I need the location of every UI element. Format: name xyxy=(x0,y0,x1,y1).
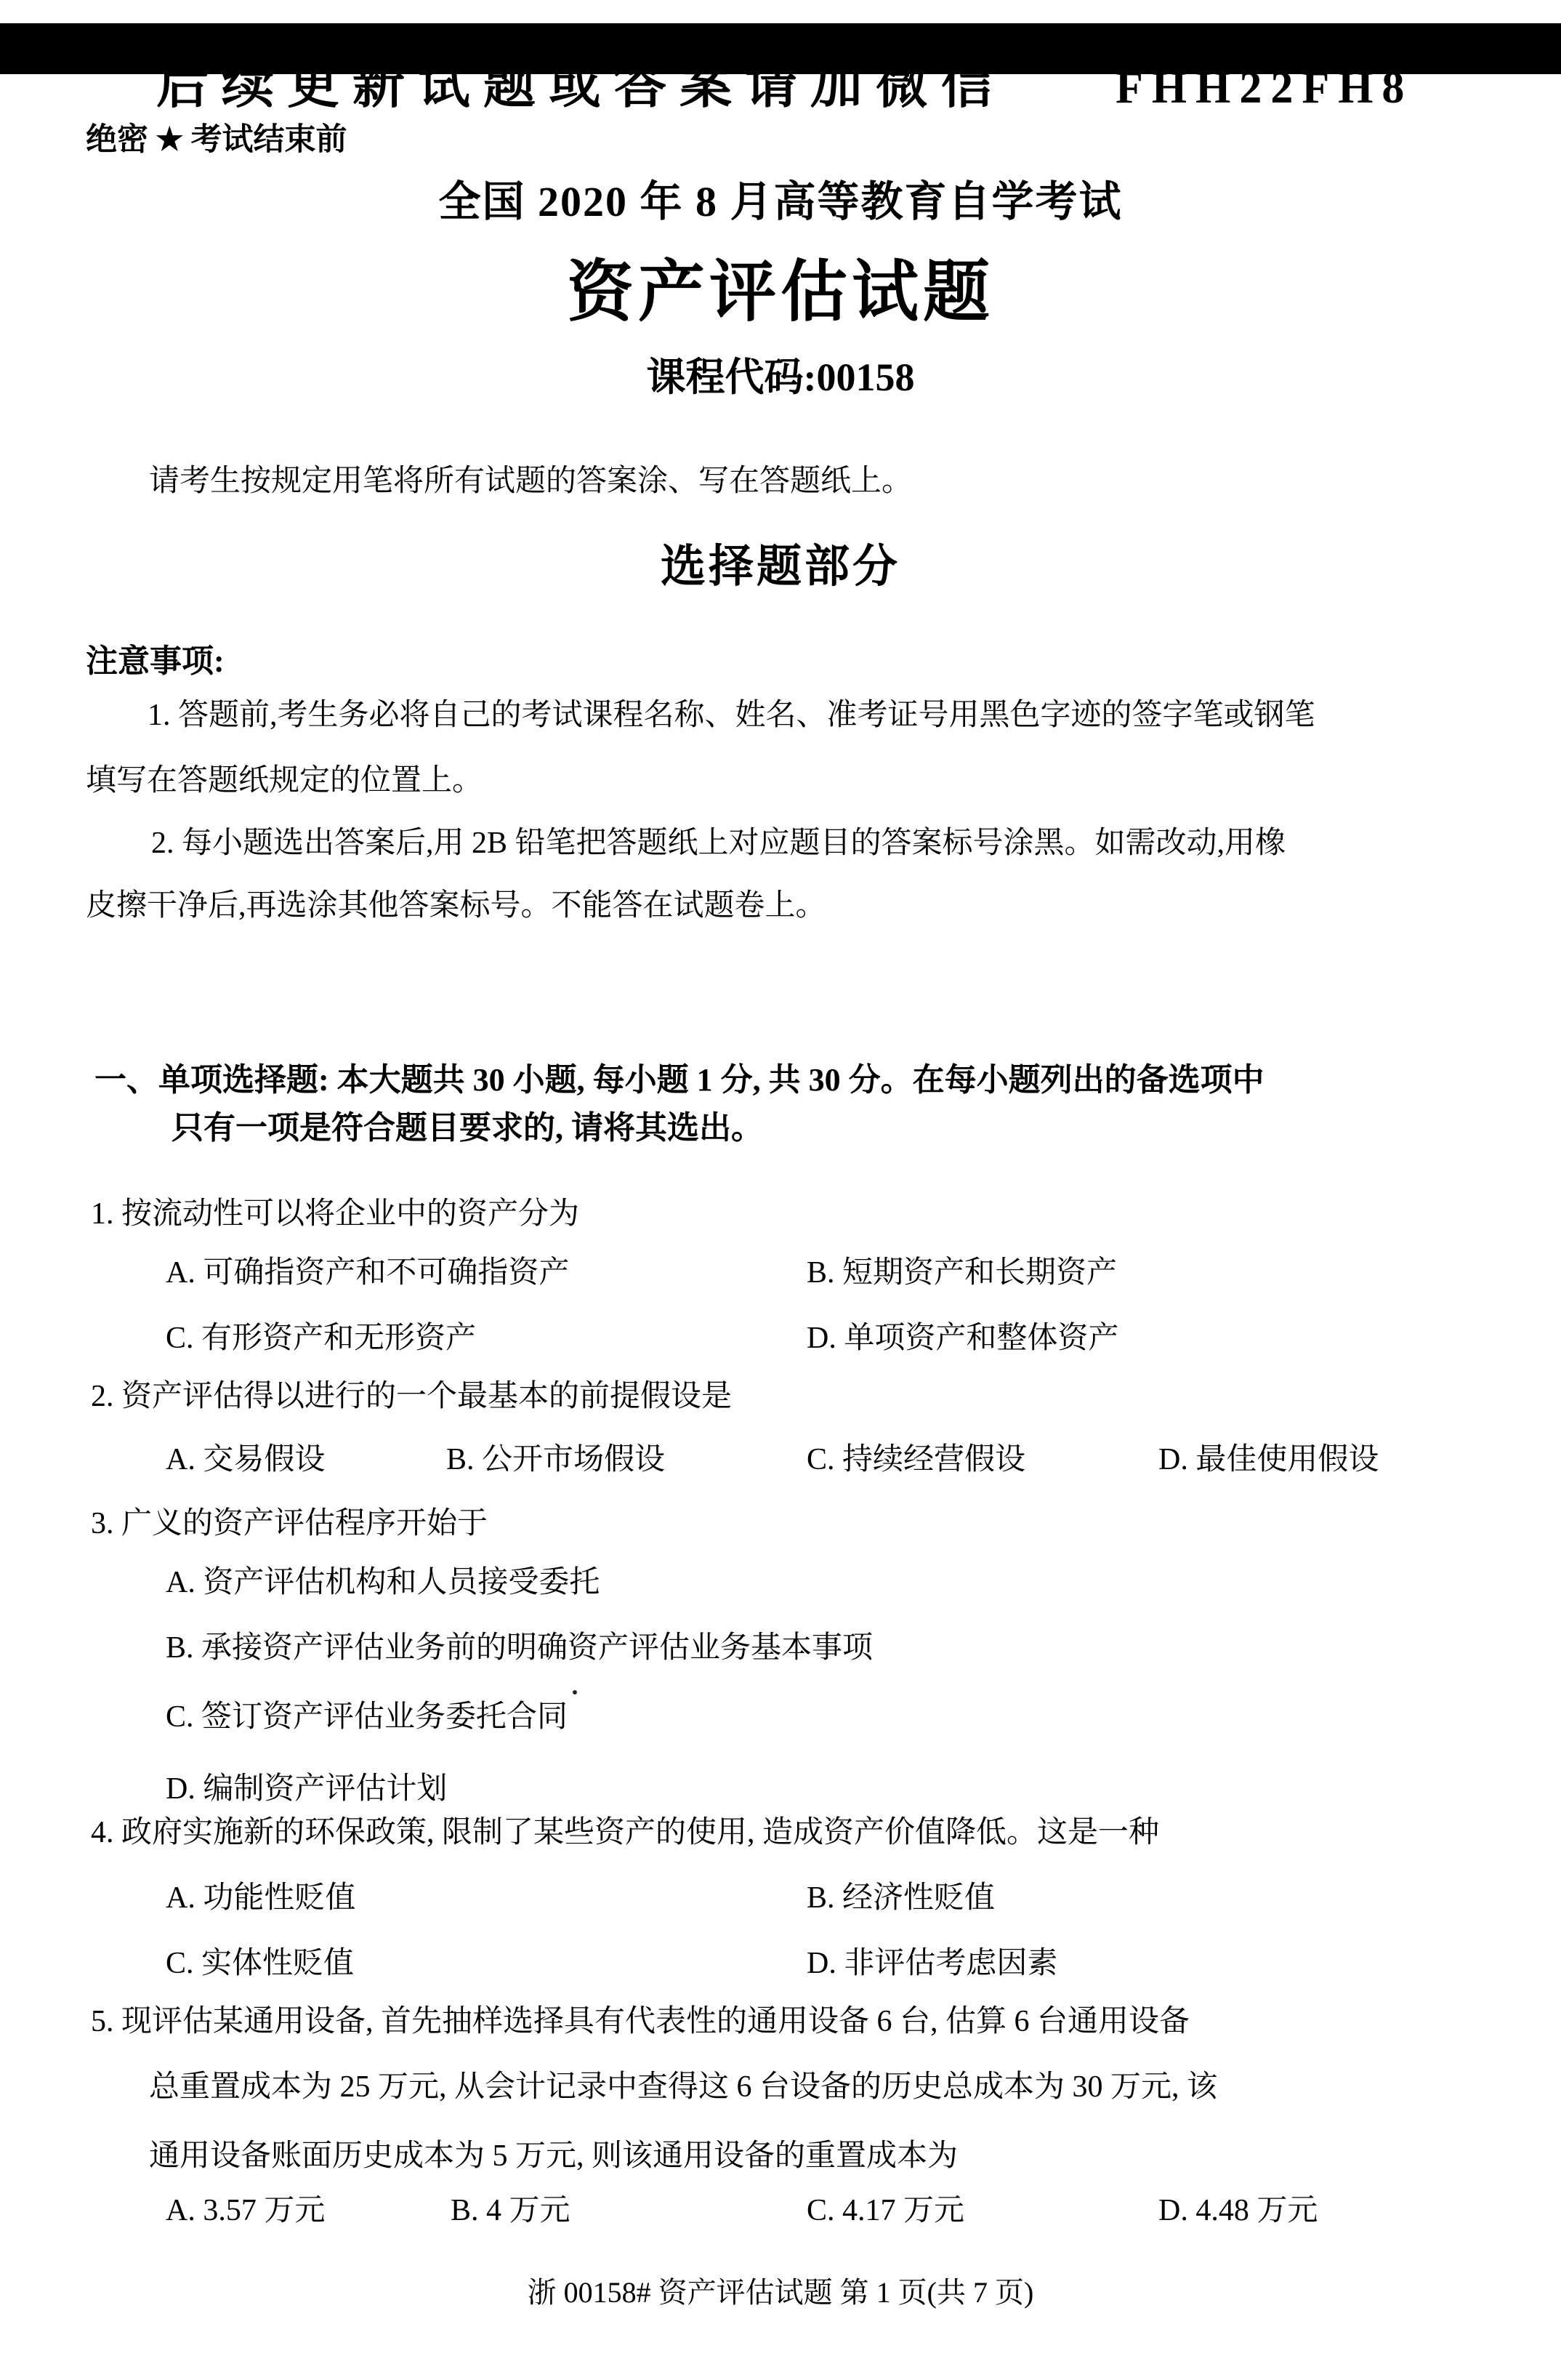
note-2-line-1: 2. 每小题选出答案后,用 2B 铅笔把答题纸上对应题目的答案标号涂黑。如需改动… xyxy=(151,826,1286,862)
page-footer: 浙 00158# 资产评估试题 第 1 页(共 7 页) xyxy=(0,2275,1561,2309)
question-3-option-a: A. 资产评估机构和人员接受委托 xyxy=(166,1565,600,1601)
security-classification: 绝密 xyxy=(86,123,148,157)
question-4-option-b: B. 经济性贬值 xyxy=(807,1881,995,1917)
exam-title: 全国 2020 年 8 月高等教育自学考试 xyxy=(0,177,1561,227)
question-4-option-c: C. 实体性贬值 xyxy=(166,1946,354,1982)
question-5-option-d: D. 4.48 万元 xyxy=(1158,2193,1318,2230)
question-1-stem: 1. 按流动性可以将企业中的资产分为 xyxy=(91,1197,579,1233)
notes-heading: 注意事项: xyxy=(86,643,225,680)
question-4-option-a: A. 功能性贬值 xyxy=(166,1881,355,1917)
question-2-stem: 2. 资产评估得以进行的一个最基本的前提假设是 xyxy=(91,1379,732,1415)
question-4-stem: 4. 政府实施新的环保政策, 限制了某些资产的使用, 造成资产价值降低。这是一种 xyxy=(91,1815,1159,1852)
question-3-option-b: B. 承接资产评估业务前的明确资产评估业务基本事项 xyxy=(166,1631,873,1667)
question-5-stem-line-3: 通用设备账面历史成本为 5 万元, 则该通用设备的重置成本为 xyxy=(149,2139,958,2175)
paper-title: 资产评估试题 xyxy=(0,253,1561,332)
question-5-stem-line-1: 5. 现评估某通用设备, 首先抽样选择具有代表性的通用设备 6 台, 估算 6 … xyxy=(91,2004,1190,2041)
course-code: 课程代码:00158 xyxy=(0,355,1561,401)
note-1-line-1: 1. 答题前,考生务必将自己的考试课程名称、姓名、准考证号用黑色字迹的签字笔或钢… xyxy=(148,698,1315,734)
question-1-option-c: C. 有形资产和无形资产 xyxy=(166,1321,476,1357)
part-1-heading-line-1: 一、单项选择题: 本大题共 30 小题, 每小题 1 分, 共 30 分。在每小… xyxy=(94,1061,1264,1099)
exam-timing-note: 考试结束前 xyxy=(191,123,347,157)
question-2-option-d: D. 最佳使用假设 xyxy=(1158,1442,1379,1479)
question-2-option-a: A. 交易假设 xyxy=(166,1442,325,1479)
question-1-option-b: B. 短期资产和长期资产 xyxy=(807,1255,1117,1292)
question-3-option-c: C. 签订资产评估业务委托合同 xyxy=(166,1700,568,1736)
note-1-line-2: 填写在答题纸规定的位置上。 xyxy=(86,763,483,800)
question-3-stem: 3. 广义的资产评估程序开始于 xyxy=(91,1506,488,1543)
exam-paper-page: 后续更新试题或答案请加微信FHH22FH8 绝密★考试结束前 全国 2020 年… xyxy=(0,0,1561,2380)
question-5-stem-line-2: 总重置成本为 25 万元, 从会计记录中查得这 6 台设备的历史总成本为 30 … xyxy=(149,2070,1217,2106)
security-line: 绝密★考试结束前 xyxy=(86,122,347,159)
part-1-heading-line-2: 只有一项是符合题目要求的, 请将其选出。 xyxy=(172,1109,763,1147)
question-5-option-b: B. 4 万元 xyxy=(451,2193,570,2230)
question-5-option-c: C. 4.17 万元 xyxy=(807,2193,964,2230)
star-icon: ★ xyxy=(156,123,184,157)
scan-speck xyxy=(573,1690,577,1694)
question-5-option-a: A. 3.57 万元 xyxy=(166,2193,325,2230)
question-2-option-c: C. 持续经营假设 xyxy=(807,1442,1025,1479)
redaction-bar xyxy=(0,23,1561,74)
question-1-option-d: D. 单项资产和整体资产 xyxy=(807,1321,1118,1357)
answer-sheet-instruction: 请考生按规定用笔将所有试题的答案涂、写在答题纸上。 xyxy=(149,464,912,500)
question-3-option-d: D. 编制资产评估计划 xyxy=(166,1772,447,1808)
question-4-option-d: D. 非评估考虑因素 xyxy=(807,1946,1057,1982)
question-2-option-b: B. 公开市场假设 xyxy=(446,1442,665,1479)
question-1-option-a: A. 可确指资产和不可确指资产 xyxy=(166,1255,569,1292)
note-2-line-2: 皮擦干净后,再选涂其他答案标号。不能答在试题卷上。 xyxy=(86,888,826,925)
section-title: 选择题部分 xyxy=(0,541,1561,594)
